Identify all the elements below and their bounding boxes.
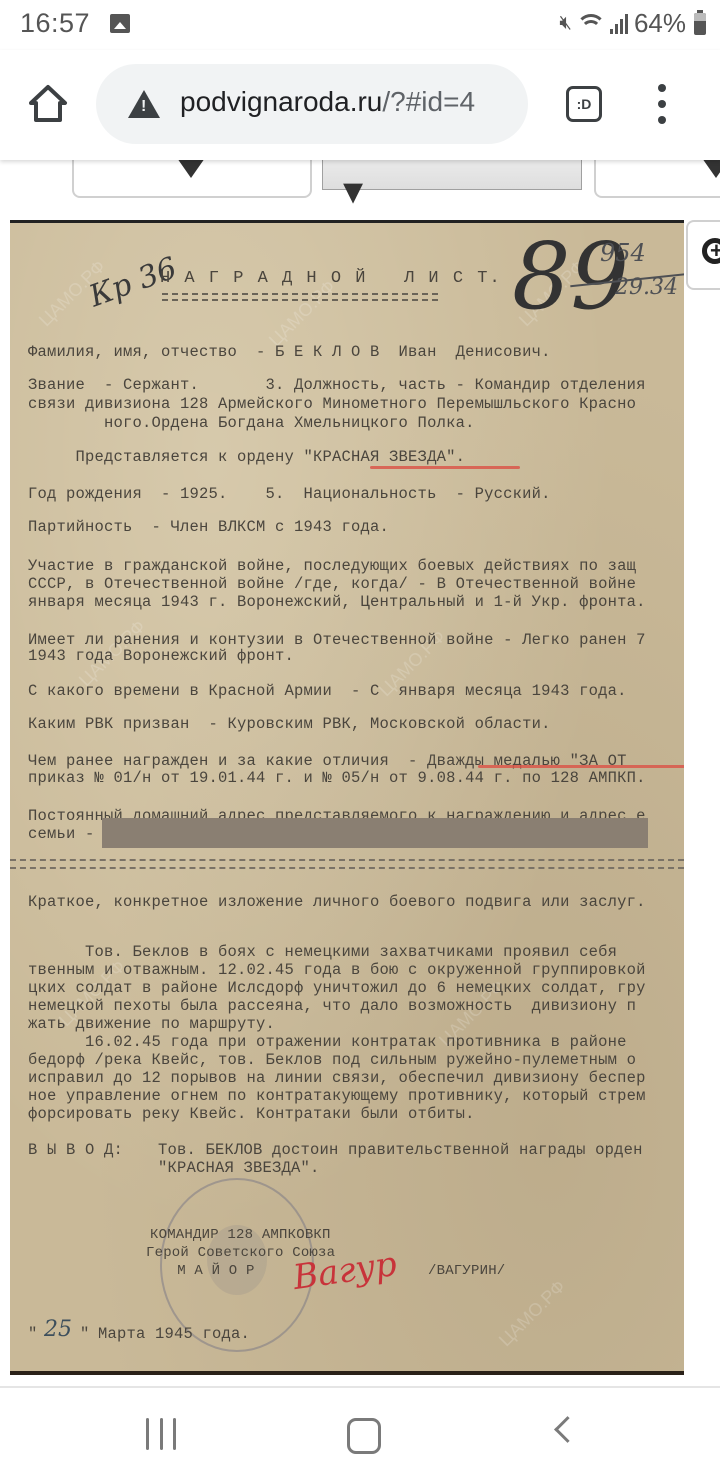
watermark: ЦАМО.РФ	[495, 1276, 570, 1351]
url-path: /?#id=4	[382, 86, 475, 117]
back-button[interactable]	[554, 1416, 581, 1443]
body-line: форсировать реку Квейс. Контратаки были …	[28, 1105, 475, 1123]
browser-toolbar: podvignaroda.ru/?#id=4 :D	[0, 50, 720, 160]
more-menu-button[interactable]	[655, 84, 669, 124]
archive-ref-bottom: 29.34	[615, 275, 678, 300]
field-war-3: января месяца 1943 г. Воронежский, Центр…	[28, 593, 646, 611]
home-button[interactable]	[26, 82, 70, 126]
url-bar[interactable]: podvignaroda.ru/?#id=4	[96, 64, 528, 144]
zoom-in-icon	[702, 238, 720, 264]
body-line: бедорф /река Квейс, тов. Беклов под силь…	[28, 1051, 636, 1069]
home-icon	[26, 82, 70, 126]
mute-icon: 🔇︎	[559, 12, 572, 35]
wifi-icon	[578, 14, 604, 34]
body-line: жать движение по маршруту.	[28, 1015, 275, 1033]
body-line: исправил до 12 порывов на линии связи, о…	[28, 1069, 646, 1087]
field-unit-1: связи дивизиона 128 Армейского Минометно…	[28, 395, 636, 413]
signal-icon	[610, 14, 628, 34]
field-award: Представляется к ордену "КРАСНАЯ ЗВЕЗДА"…	[28, 448, 465, 466]
field-rvk: Каким РВК призван - Куровским РВК, Моско…	[28, 715, 551, 733]
recents-icon	[146, 1418, 149, 1450]
document-image[interactable]: ЦАМО.РФ ЦАМО.РФ ЦАМО.РФ ЦАМО.РФ ЦАМО.РФ …	[10, 220, 684, 1375]
tab-switcher-button[interactable]: :D	[566, 86, 602, 122]
system-nav-bar	[0, 1386, 720, 1480]
redacted-address	[102, 818, 648, 848]
signatory-rank: М А Й О Р	[160, 1263, 255, 1279]
field-party: Партийность - Член ВЛКСМ с 1943 года.	[28, 518, 389, 536]
field-address-2: семьи -	[28, 825, 95, 843]
archive-ref-top: 954	[600, 239, 646, 267]
body-line: 16.02.45 года при отражении контратак пр…	[28, 1033, 627, 1051]
title-underline	[162, 293, 438, 301]
status-icons: 🔇︎ 64%	[559, 8, 706, 39]
signatory-title: КОМАНДИР 128 АМПКОВКП	[150, 1227, 331, 1243]
field-wound-2: 1943 года Воронежский фронт.	[28, 647, 294, 665]
conclusion-line-2: "КРАСНАЯ ЗВЕЗДА".	[158, 1159, 320, 1177]
date-quote-open: "	[28, 1325, 38, 1343]
recents-button[interactable]	[146, 1418, 176, 1452]
body-line: твенным и отважным. 12.02.45 года в бою …	[28, 961, 646, 979]
warning-icon[interactable]	[128, 90, 160, 118]
home-nav-button[interactable]	[347, 1418, 381, 1454]
field-war-2: СССР, в Отечественной войне /где, когда/…	[28, 575, 636, 593]
red-underline	[370, 466, 520, 469]
conclusion-label: В Ы В О Д:	[28, 1141, 123, 1159]
body-line: немецкой пехоты была рассеяна, что дало …	[28, 997, 636, 1015]
field-name: Фамилия, имя, отчество - Б Е К Л О В Ива…	[28, 343, 551, 361]
battery-icon	[694, 13, 706, 35]
field-rank: Звание - Сержант. 3. Должность, часть - …	[28, 376, 646, 394]
body-line: Тов. Беклов в боях с немецкими захватчик…	[28, 943, 617, 961]
battery-percent: 64%	[634, 8, 686, 39]
date-day: 25	[44, 1317, 72, 1342]
status-bar: 16:57 🔇︎ 64%	[0, 0, 720, 50]
date-quote-close: "	[80, 1325, 90, 1343]
signatory-name: /ВАГУРИН/	[428, 1263, 505, 1279]
field-war-1: Участие в гражданской войне, последующих…	[28, 557, 636, 575]
date-rest: Марта 1945 года.	[98, 1325, 250, 1343]
summary-heading: Краткое, конкретное изложение личного бо…	[28, 893, 646, 911]
body-line: ное управление огнем по контратакующему …	[28, 1087, 646, 1105]
section-divider	[10, 859, 684, 869]
url-domain: podvignaroda.ru	[180, 86, 382, 117]
red-underline	[478, 765, 684, 768]
gallery-icon	[110, 14, 130, 33]
status-time: 16:57	[20, 8, 90, 39]
doc-title: Н А Г Р А Д Н О Й Л И С Т.	[160, 269, 502, 288]
conclusion-line-1: Тов. БЕКЛОВ достоин правительственной на…	[158, 1141, 643, 1159]
more-vert-icon	[658, 84, 666, 92]
field-unit-2: ного.Ордена Богдана Хмельницкого Полка.	[28, 414, 475, 432]
field-birth: Год рождения - 1925. 5. Национальность -…	[28, 485, 551, 503]
zoom-in-button[interactable]	[686, 220, 720, 290]
url-text[interactable]: podvignaroda.ru/?#id=4	[180, 86, 510, 118]
body-line: цких солдат в районе Ислсдорф уничтожил …	[28, 979, 646, 997]
field-prev-awards-2: приказ № 01/н от 19.01.44 г. и № 05/н от…	[28, 769, 646, 787]
field-army: С какого времени в Красной Армии - С янв…	[28, 682, 627, 700]
